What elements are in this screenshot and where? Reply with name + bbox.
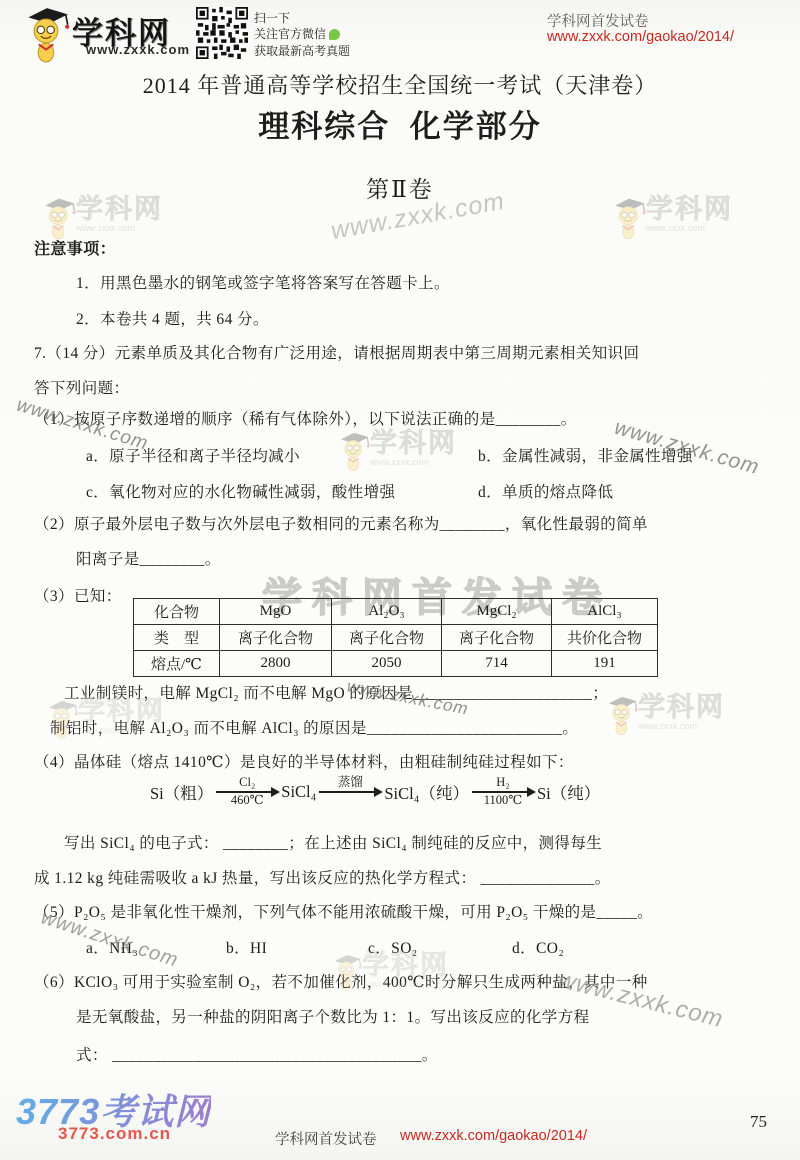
q7-part1-option-a: a．原子半径和离子半径均减小 (86, 447, 300, 466)
table-cell: AlCl₃ (552, 599, 658, 625)
qr-code-icon (196, 7, 248, 59)
q7-part4-line1: 写出 SiCl₄ 的电子式： ________；在上述由 SiCl₄ 制纯硅的反… (64, 834, 602, 853)
table-row-melting-point: 熔点/℃ 2800 2050 714 191 (134, 651, 658, 677)
q7-part1-option-d: d．单质的熔点降低 (478, 483, 613, 502)
q7-part3-label: （3）已知： (34, 587, 122, 606)
q7-part6-line3: 式： _____________________________________… (76, 1046, 438, 1065)
reaction-start: Si（粗） (150, 780, 213, 804)
q7-part5-option-b: b．HI (226, 939, 267, 958)
reaction-end: Si（纯） (537, 780, 600, 804)
footer-release-url: www.zxxk.com/gaokao/2014/ (400, 1128, 587, 1144)
arrow-shaft-icon (319, 791, 381, 793)
notes-heading: 注意事项： (34, 240, 116, 260)
qr-caption-line1: 扫一下 (254, 9, 290, 26)
table-cell: 离子化合物 (332, 625, 442, 651)
header-first-release-label: 学科网首发试卷 (547, 10, 649, 31)
logo-3773-url: 3773.com.cn (58, 1124, 171, 1144)
q7-part6-line2: 是无氧酸盐，另一种盐的阴阳离子个数比为 1：1。写出该反应的化学方程 (76, 1008, 589, 1027)
compound-property-table: 化合物 MgO Al₂O₃ MgCl₂ AlCl₃ 类 型 离子化合物 离子化合… (133, 598, 658, 677)
table-cell: MgO (220, 599, 332, 625)
q7-intro-line2: 答下列问题： (34, 379, 129, 398)
subject-title: 理科综合 化学部分 (0, 108, 800, 147)
q7-part2-line2: 阳离子是________。 (76, 550, 221, 569)
table-row-type: 类 型 离子化合物 离子化合物 离子化合物 共价化合物 (134, 625, 658, 651)
qr-caption-line3: 获取最新高考真题 (254, 42, 350, 59)
table-row-headers: 化合物 MgO Al₂O₃ MgCl₂ AlCl₃ (134, 599, 658, 625)
silicon-purification-reaction: Si（粗） Cl₂ 460℃ SiCl₄ 蒸馏 SiCl₄（纯） H₂ 1100… (150, 776, 600, 808)
table-cell: 2800 (220, 651, 332, 677)
watermark-mascot-icon (606, 694, 638, 736)
reaction-arrow-1: Cl₂ 460℃ (216, 776, 278, 808)
q7-part1-stem: （1）按原子序数递增的顺序（稀有气体除外），以下说法正确的是________。 (34, 410, 577, 429)
q7-part5-option-c: c．SO₂ (368, 939, 418, 958)
q7-part2-line1: （2）原子最外层电子数与次外层电子数相同的元素名称为________，氧化性最弱… (34, 515, 648, 534)
table-cell: 2050 (332, 651, 442, 677)
notes-item-2: 2．本卷共 4 题，共 64 分。 (76, 310, 269, 329)
q7-part6-line1: （6）KClO₃ 可用于实验室制 O₂，若不加催化剂，400℃时分解只生成两种盐… (34, 973, 648, 992)
page-number: 75 (750, 1112, 767, 1132)
q7-part5-stem: （5）P₂O₅ 是非氧化性干燥剂，下列气体不能用浓硫酸干燥，可用 P₂O₅ 干燥… (34, 903, 653, 922)
watermark-mascot-icon (338, 430, 370, 472)
table-cell: MgCl₂ (442, 599, 552, 625)
wechat-icon (329, 29, 340, 40)
table-cell: 熔点/℃ (134, 651, 220, 677)
q7-intro-line1: 7.（14 分）元素单质及其化合物有广泛用途，请根据周期表中第三周期元素相关知识… (34, 344, 639, 363)
table-cell: 714 (442, 651, 552, 677)
reaction-arrow-2: 蒸馏 (319, 776, 381, 808)
reaction-mid1: SiCl₄ (281, 782, 316, 802)
table-cell: 离子化合物 (442, 625, 552, 651)
q7-part3-al-line: 制铝时，电解 Al₂O₃ 而不电解 AlCl₃ 的原因是____________… (50, 719, 578, 738)
table-cell: 离子化合物 (220, 625, 332, 651)
reaction-arrow-3: H₂ 1100℃ (472, 776, 534, 808)
watermark-center-part1: 学科网 www.zxxk.com (338, 430, 457, 472)
volume-title: 第Ⅱ卷 (0, 176, 800, 205)
table-cell: 共价化合物 (552, 625, 658, 651)
header-release-url: www.zxxk.com/gaokao/2014/ (547, 29, 734, 45)
q7-part1-option-b: b．金属性减弱，非金属性增强 (478, 447, 693, 466)
reaction-mid2: SiCl₄（纯） (384, 780, 469, 804)
table-cell: 类 型 (134, 625, 220, 651)
table-cell: 191 (552, 651, 658, 677)
zxxk-logo-url: www.zxxk.com (86, 42, 190, 57)
watermark-right-part4: 学科网 www.zxxk.com (606, 694, 725, 736)
exam-title: 2014 年普通高等学校招生全国统一考试（天津卷） (0, 72, 800, 100)
q7-part1-option-c: c．氧化物对应的水化物碱性减弱，酸性增强 (86, 483, 395, 502)
arrow-shaft-icon (216, 791, 278, 793)
q7-part5-option-d: d．CO₂ (512, 939, 564, 958)
arrow-shaft-icon (472, 791, 534, 793)
exam-paper-page: 学科网 www.zxxk.com 扫一下 关注官方微信 获取最新高考真题 学科网… (0, 0, 800, 1160)
footer-first-release-label: 学科网首发试卷 (275, 1128, 377, 1149)
notes-item-1: 1．用黑色墨水的钢笔或签字笔将答案写在答题卡上。 (76, 274, 450, 293)
q7-part4-stem: （4）晶体硅（熔点 1410℃）是良好的半导体材料，由粗硅制纯硅过程如下： (34, 753, 574, 772)
qr-caption-line2: 关注官方微信 (254, 25, 340, 42)
q7-part3-mg-line: 工业制镁时，电解 MgCl₂ 而不电解 MgO 的原因是____________… (64, 684, 608, 703)
q7-part5-option-a: a．NH₃ (86, 939, 138, 958)
table-cell: Al₂O₃ (332, 599, 442, 625)
zxxk-mascot-icon (24, 5, 70, 63)
q7-part4-line2: 成 1.12 kg 纯硅需吸收 a kJ 热量，写出该反应的热化学方程式： __… (34, 869, 611, 888)
table-cell: 化合物 (134, 599, 220, 625)
